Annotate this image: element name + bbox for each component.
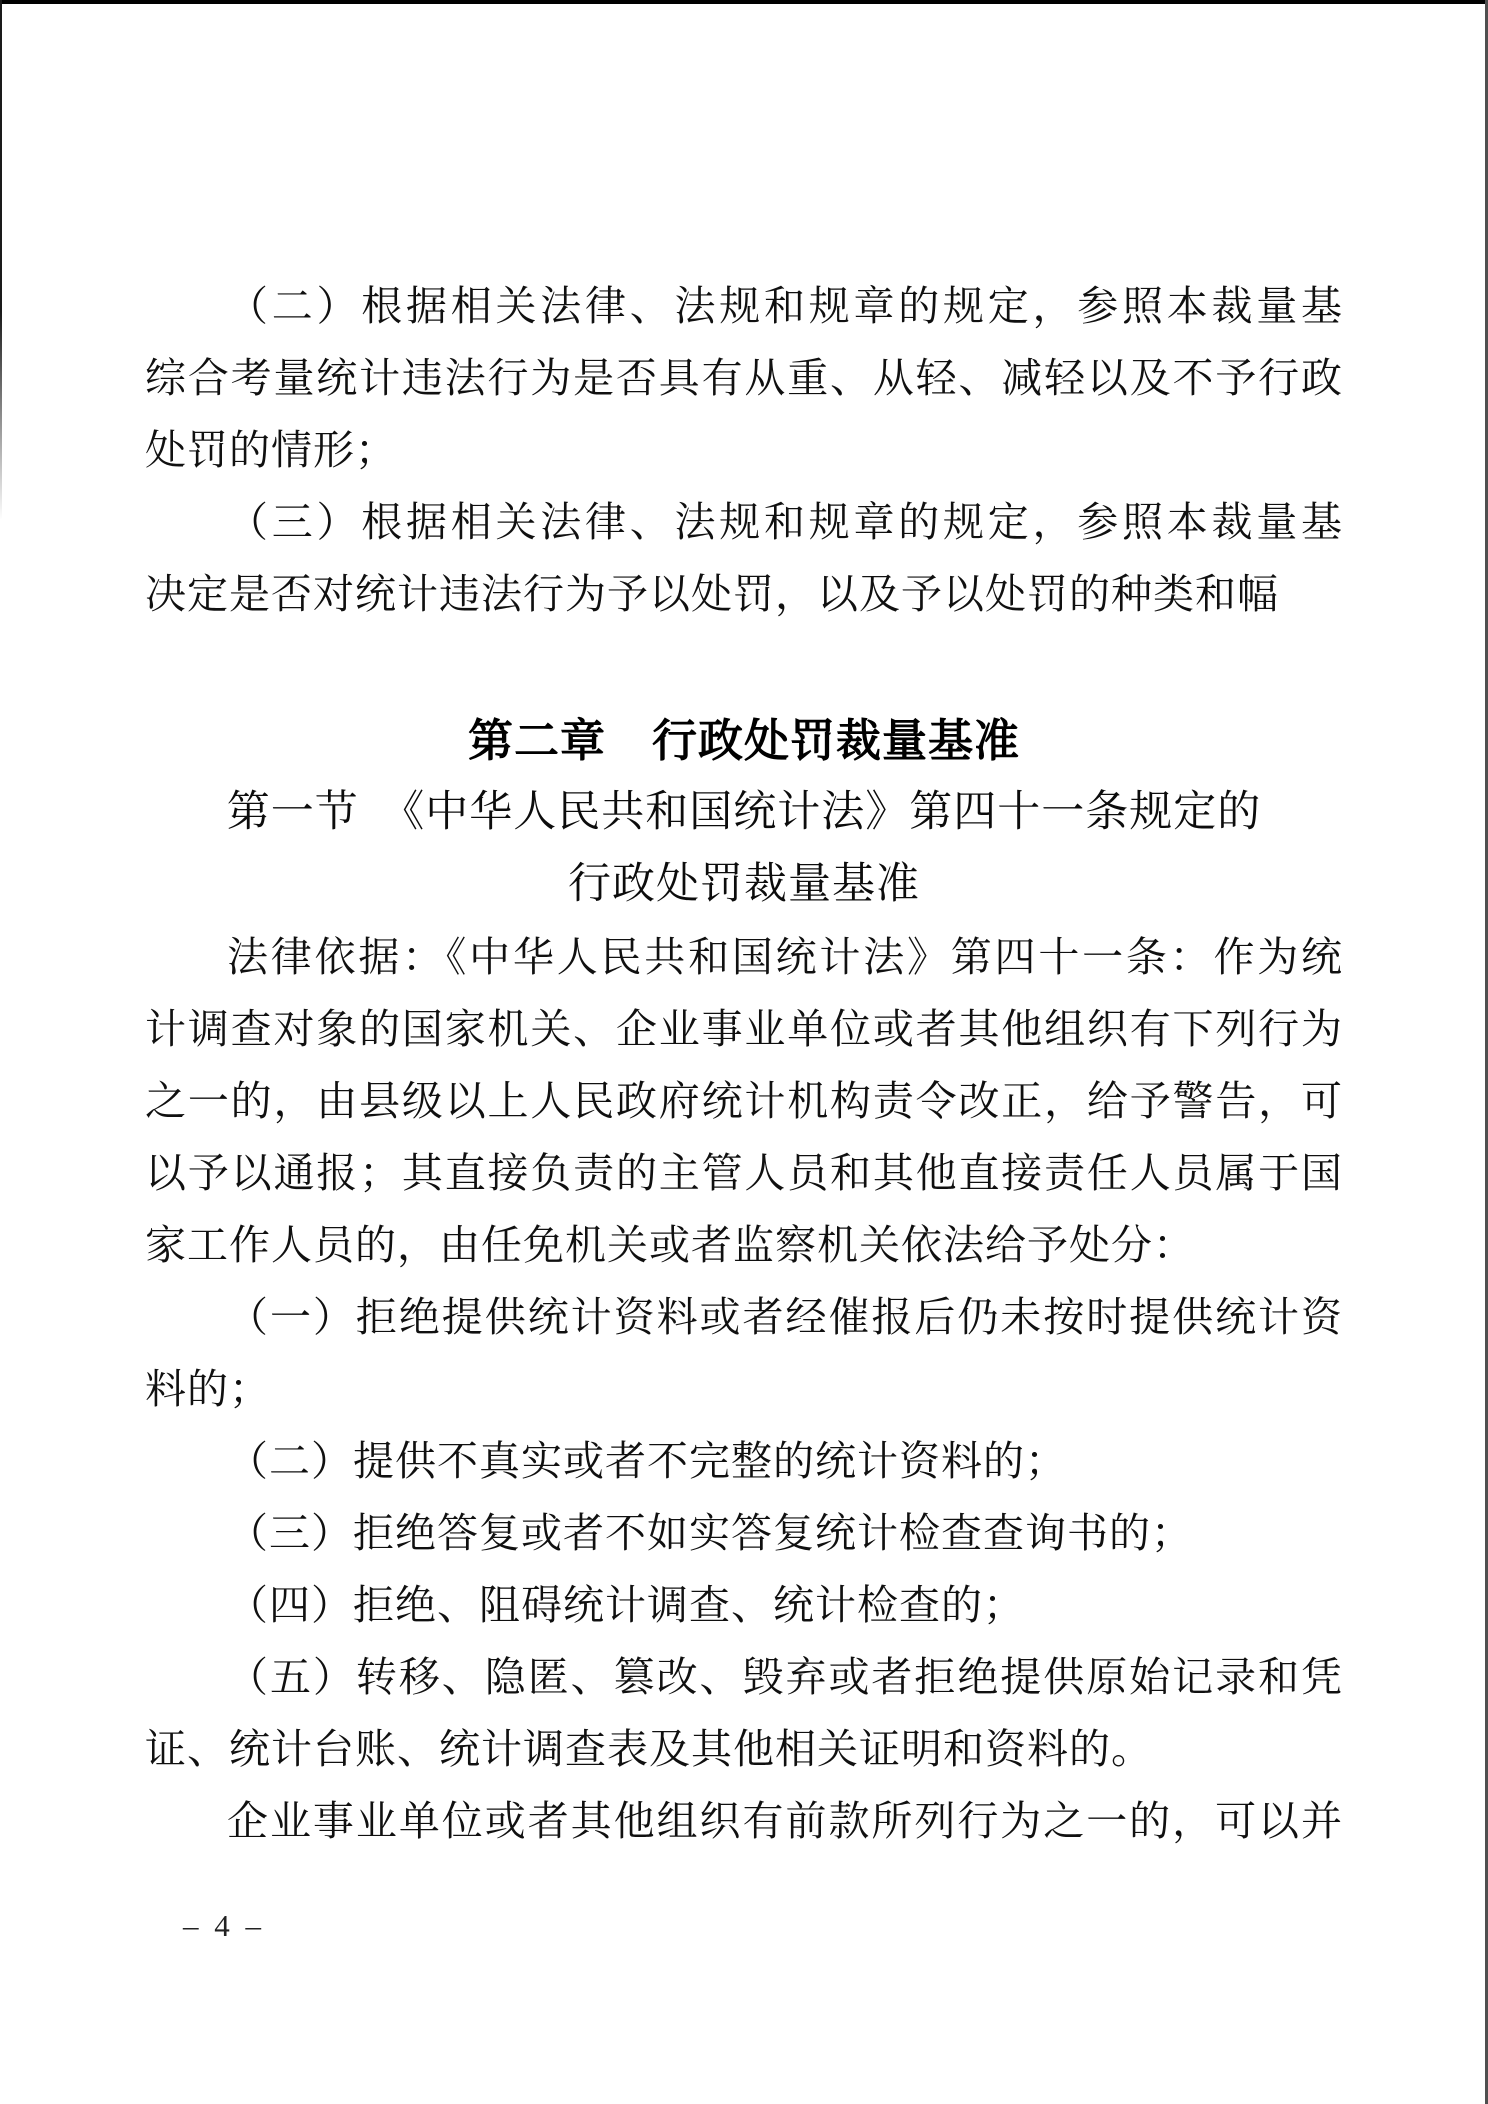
para-item-2: （二）提供不真实或者不完整的统计资料的；	[145, 1425, 1343, 1497]
para-item-1-line: （一）拒绝提供统计资料或者经催报后仍未按时提供统计资	[145, 1281, 1343, 1353]
para-item-5-line: （五）转移、隐匿、篡改、毁弃或者拒绝提供原始记录和凭	[145, 1641, 1343, 1713]
document-body: （二）根据相关法律、法规和规章的规定，参照本裁量基准，综合考量统计违法行为是否具…	[145, 270, 1343, 1857]
chapter-2-heading: 第二章 行政处罚裁量基准	[145, 705, 1343, 777]
scan-edge-left	[0, 0, 2, 520]
para-closing-line: 企业事业单位或者其他组织有前款所列行为之一的，可以并	[145, 1785, 1343, 1857]
para-item-2-line: （二）提供不真实或者不完整的统计资料的；	[145, 1425, 1343, 1497]
para-legal-basis: 法律依据：《中华人民共和国统计法》第四十一条：作为统计调查对象的国家机关、企业事…	[145, 921, 1343, 1281]
page-number: – 4 –	[183, 1906, 265, 1946]
para-item-3-line: （三）拒绝答复或者不如实答复统计检查查询书的；	[145, 1497, 1343, 1569]
section-1-heading: 第一节 《中华人民共和国统计法》第四十一条规定的行政处罚裁量基准	[145, 777, 1343, 921]
para-item-4: （四）拒绝、阻碍统计调查、统计检查的；	[145, 1569, 1343, 1641]
para-legal-basis-line: 家工作人员的，由任免机关或者监察机关依法给予处分：	[145, 1209, 1343, 1281]
para-item-5-line: 证、统计台账、统计调查表及其他相关证明和资料的。	[145, 1713, 1343, 1785]
para-duty-2: （二）根据相关法律、法规和规章的规定，参照本裁量基准，综合考量统计违法行为是否具…	[145, 270, 1343, 486]
para-legal-basis-line: 计调查对象的国家机关、企业事业单位或者其他组织有下列行为	[145, 993, 1343, 1065]
para-legal-basis-line: 以予以通报；其直接负责的主管人员和其他直接责任人员属于国	[145, 1137, 1343, 1209]
chapter-2-heading-line: 第二章 行政处罚裁量基准	[145, 705, 1343, 777]
para-duty-2-line: 处罚的情形；	[145, 414, 1343, 486]
para-duty-2-line: 综合考量统计违法行为是否具有从重、从轻、减轻以及不予行政	[145, 342, 1343, 414]
para-item-3: （三）拒绝答复或者不如实答复统计检查查询书的；	[145, 1497, 1343, 1569]
section-1-heading-line: 行政处罚裁量基准	[145, 849, 1343, 921]
section-1-heading-line: 第一节 《中华人民共和国统计法》第四十一条规定的	[145, 777, 1343, 849]
para-item-5: （五）转移、隐匿、篡改、毁弃或者拒绝提供原始记录和凭证、统计台账、统计调查表及其…	[145, 1641, 1343, 1785]
para-duty-3-line: 决定是否对统计违法行为予以处罚，以及予以处罚的种类和幅度。	[145, 558, 1343, 630]
para-closing: 企业事业单位或者其他组织有前款所列行为之一的，可以并	[145, 1785, 1343, 1857]
document-page: （二）根据相关法律、法规和规章的规定，参照本裁量基准，综合考量统计违法行为是否具…	[0, 0, 1488, 2104]
para-legal-basis-line: 之一的，由县级以上人民政府统计机构责令改正，给予警告，可	[145, 1065, 1343, 1137]
para-duty-3: （三）根据相关法律、法规和规章的规定，参照本裁量基准，决定是否对统计违法行为予以…	[145, 486, 1343, 630]
para-item-4-line: （四）拒绝、阻碍统计调查、统计检查的；	[145, 1569, 1343, 1641]
para-legal-basis-line: 法律依据：《中华人民共和国统计法》第四十一条：作为统	[145, 921, 1343, 993]
para-item-1: （一）拒绝提供统计资料或者经催报后仍未按时提供统计资料的；	[145, 1281, 1343, 1425]
para-item-1-line: 料的；	[145, 1353, 1343, 1425]
para-duty-2-line: （二）根据相关法律、法规和规章的规定，参照本裁量基准，	[145, 270, 1343, 342]
scan-edge-top	[0, 0, 1488, 4]
para-duty-3-line: （三）根据相关法律、法规和规章的规定，参照本裁量基准，	[145, 486, 1343, 558]
